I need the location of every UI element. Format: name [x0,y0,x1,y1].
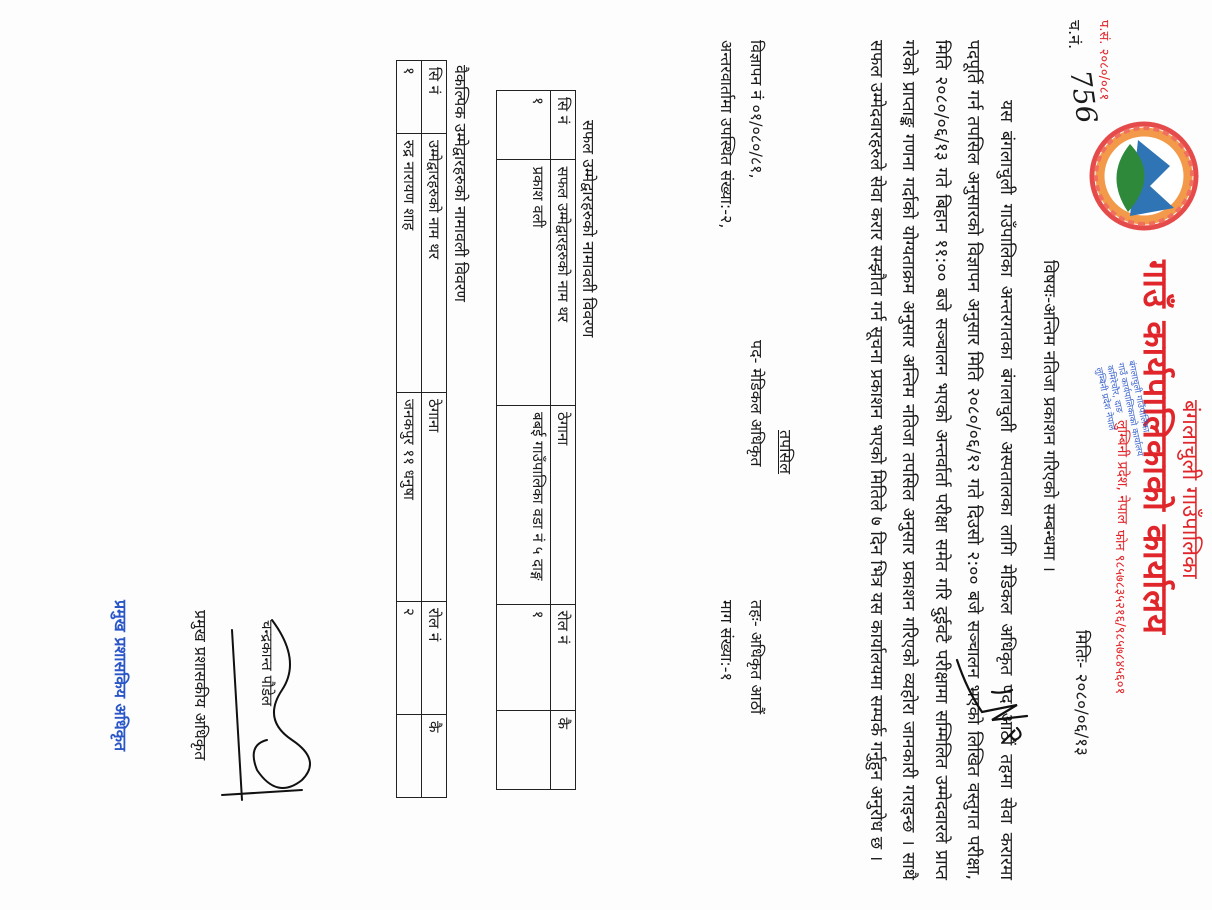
initials-signature-icon [947,650,1037,750]
cell-serial: १ [497,91,551,160]
cell-address: बबई गाउँपालिका वडा नं ५ दाङ्ग [497,406,551,605]
document-page: बंगलाचुली गाउँपालिका गाउँ कार्यपालिकाको … [0,0,1212,910]
cell-name: प्रकाश वली [497,160,551,406]
cell-address: जनकपुर ११ धनुषा [397,393,422,602]
header-cell: कै [551,711,576,790]
cell-serial: १ [397,61,422,134]
post-name: पद- मेडिकल अधिकृत [746,340,768,467]
body-paragraph: यस बंगलाचुली गाउँपालिका अन्तरगतका बंगलाच… [860,40,1023,880]
header-cell: रोल नं [551,604,576,711]
demand-count: माग संख्या:-१ [716,600,738,681]
header-cell: ठेगाना [551,406,576,605]
alternate-table-title: वैकल्पिक उम्मेद्वारहरुको नामावली विवरण [450,65,472,302]
phone-number: ९८५७८३५२१६/९८५७८४५६०१ [1112,555,1127,695]
header-cell: कै [422,715,447,798]
date-value: २०८०/०६/१३ [1071,674,1091,756]
header-cell: उम्मेद्वारहरुको नाम थर [422,134,447,393]
cell-name: रुद्र नारायण शाह [397,134,422,393]
subject-line: विषयः-अन्तिम नतिजा प्रकाशन गरिएको सम्बन्… [1039,260,1062,572]
successful-candidates-table: सि नं सफल उम्मेद्वारहरुको नाम थर ठेगाना … [496,90,576,790]
successful-table-title: सफल उम्मेद्वारहरुको नामावली विवरण [578,120,600,337]
cell-roll: १ [497,604,551,711]
header-cell: सि नं [422,61,447,134]
date-label: मितिः- [1071,630,1091,668]
table-header-row: सि नं सफल उम्मेद्वारहरुको नाम थर ठेगाना … [551,91,576,790]
letter-date: मितिः- २०८०/०६/१३ [1071,630,1094,756]
phone-label: फोन [1112,530,1127,551]
post-level: तहः- अधिकृत आठौं [746,600,768,714]
table-row: १ रुद्र नारायण शाह जनकपुर ११ धनुषा २ [397,61,422,798]
dispatch-label: च.नं. [1064,20,1086,49]
phone: फोन ९८५७८३५२१६/९८५७८४५६०१ [1112,530,1130,694]
advertisement-number: विज्ञापन नं ०१/०८०/८१, [746,40,768,179]
alternate-candidates-table: सि नं उम्मेद्वारहरुको नाम थर ठेगाना रोल … [396,60,447,798]
body-text: यस बंगलाचुली गाउँपालिका अन्तरगतका बंगलाच… [866,40,1016,880]
header-cell: सफल उम्मेद्वारहरुको नाम थर [551,160,576,406]
details-heading: तपसिल [775,430,797,474]
header-cell: सि नं [551,91,576,160]
signer-name: चन्द्रकान्त पौडेल [257,620,277,706]
table-header-row: सि नं उम्मेद्वारहरुको नाम थर ठेगाना रोल … [422,61,447,798]
table-row: १ प्रकाश वली बबई गाउँपालिका वडा नं ५ दाङ… [497,91,551,790]
cell-remarks [397,715,422,798]
signer-title: प्रमुख प्रशासकीय अधिकृत [190,610,212,760]
interview-count: अन्तरवार्तामा उपस्थित संख्या:-२, [716,40,738,228]
designation-stamp: प्रमुख प्रशासकिय अधिकृत [110,600,132,751]
cell-remarks [497,711,551,790]
organization-name: बंगलाचुली गाउँपालिका [1176,400,1206,579]
cell-roll: २ [397,602,422,715]
municipality-logo-icon [1088,120,1200,232]
header-cell: ठेगाना [422,393,447,602]
header-cell: रोल नं [422,602,447,715]
